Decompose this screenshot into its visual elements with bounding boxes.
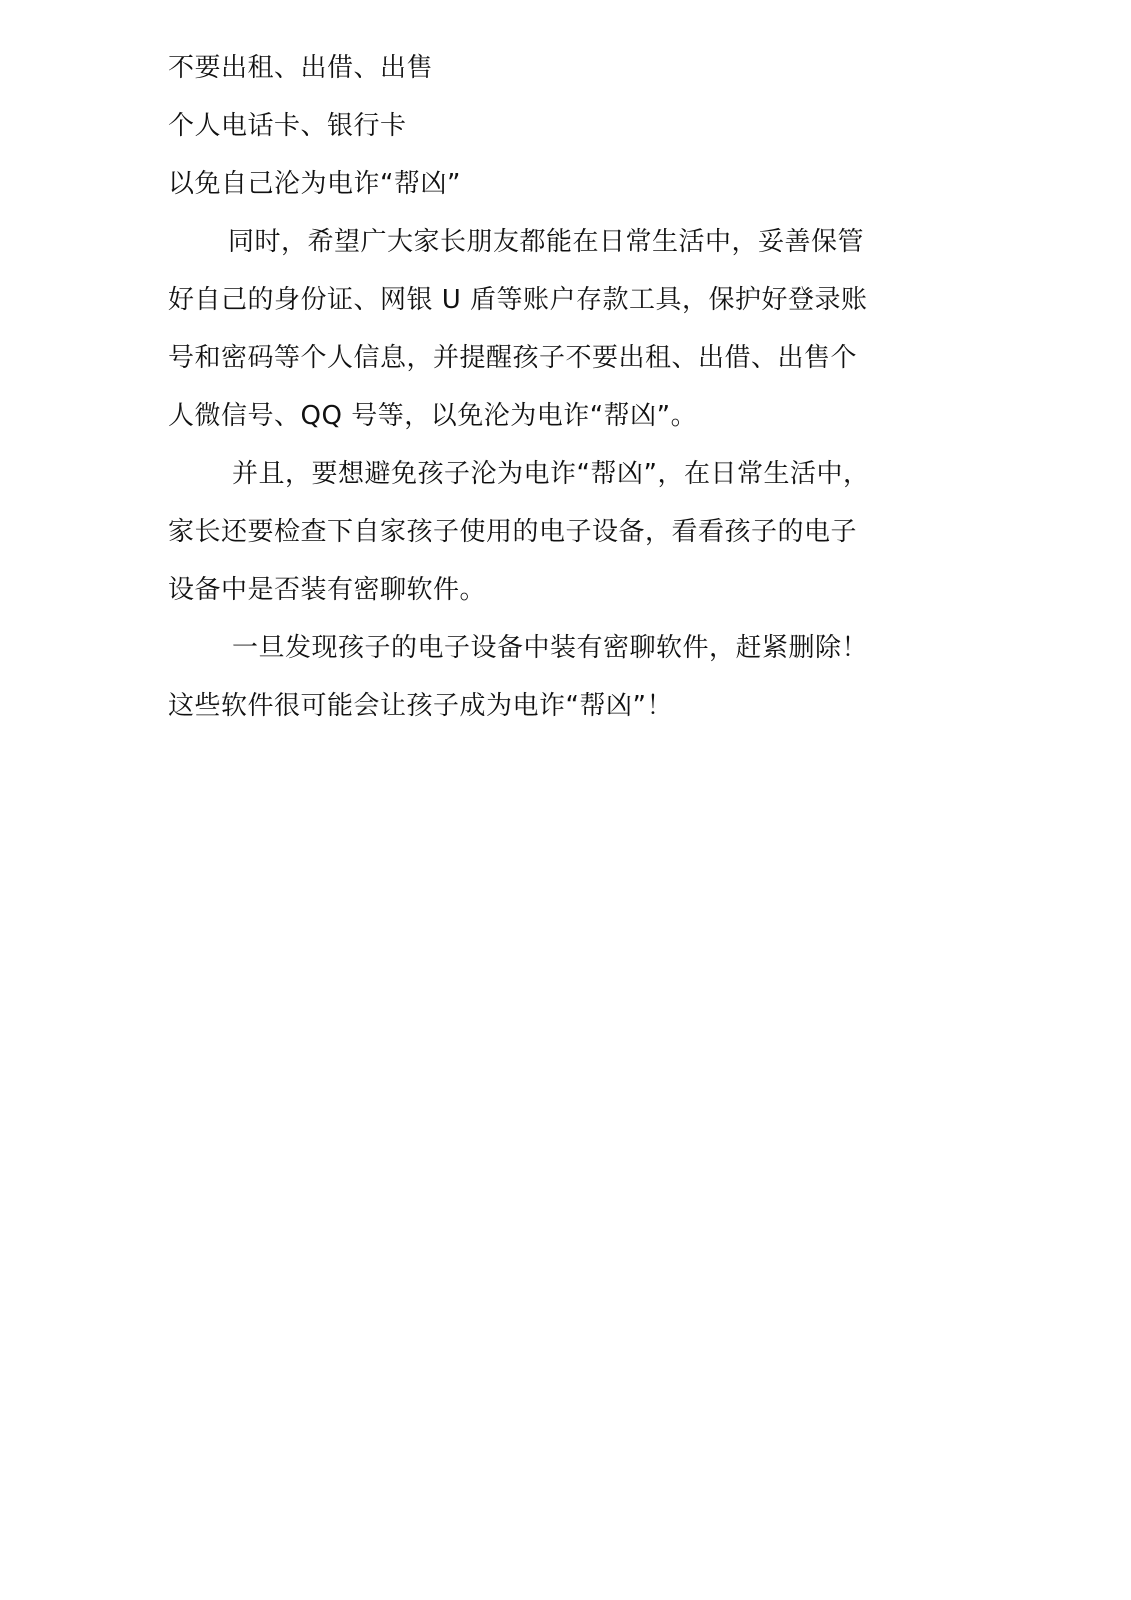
paragraph-1-line-1: 同时，希望广大家长朋友都能在日常生活中，妥善保管: [228, 224, 1008, 260]
paragraph-2-line-2: 家长还要检查下自家孩子使用的电子设备，看看孩子的电子: [168, 514, 948, 550]
paragraph-1-line-4: 人微信号、QQ 号等，以免沦为电诈“帮凶”。: [168, 398, 948, 434]
paragraph-1-line-2: 好自己的身份证、网银 U 盾等账户存款工具，保护好登录账: [168, 282, 948, 318]
paragraph-2-line-1: 并且，要想避免孩子沦为电诈“帮凶”，在日常生活中，: [232, 456, 1012, 492]
paragraph-2-line-3: 设备中是否装有密聊软件。: [168, 572, 948, 608]
text-line-2: 个人电话卡、银行卡: [168, 108, 948, 144]
text-line-3: 以免自己沦为电诈“帮凶”: [168, 166, 948, 202]
paragraph-1-line-3: 号和密码等个人信息，并提醒孩子不要出租、出借、出售个: [168, 340, 948, 376]
document-page: 不要出租、出借、出售 个人电话卡、银行卡 以免自己沦为电诈“帮凶” 同时，希望广…: [0, 0, 1131, 1600]
paragraph-3-line-2: 这些软件很可能会让孩子成为电诈“帮凶”！: [168, 688, 948, 724]
text-line-1: 不要出租、出借、出售: [168, 50, 948, 86]
paragraph-3-line-1: 一旦发现孩子的电子设备中装有密聊软件，赶紧删除！: [232, 630, 1012, 666]
